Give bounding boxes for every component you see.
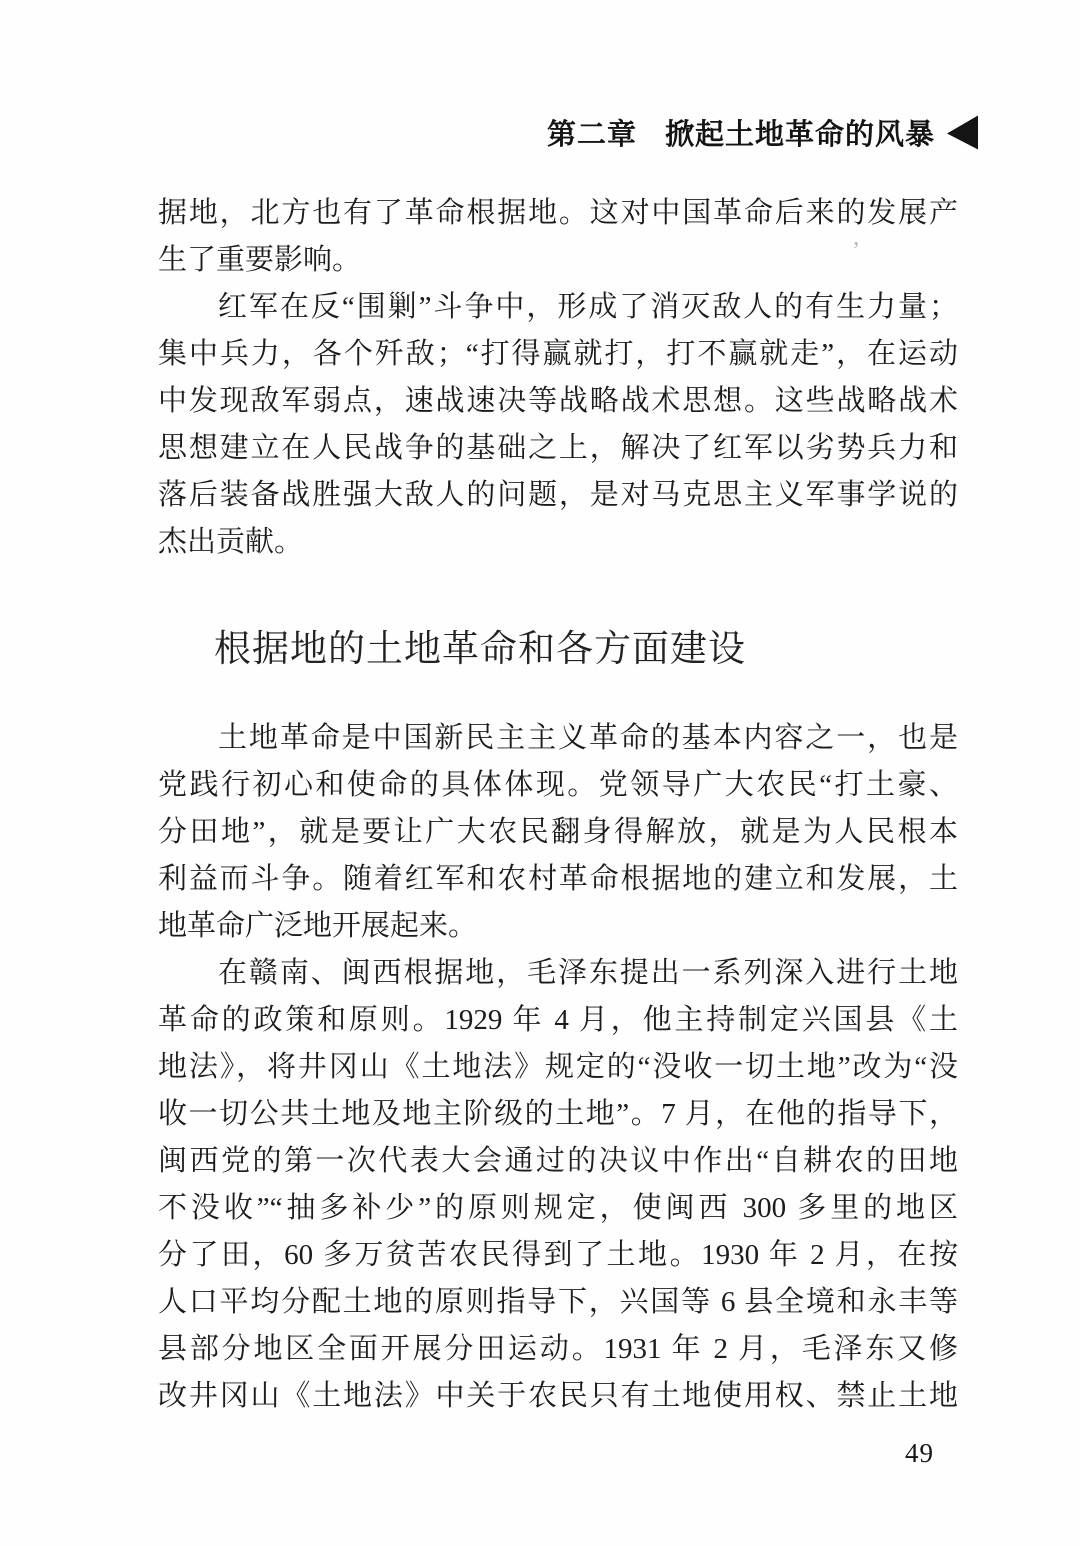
- section-heading: 根据地的土地革命和各方面建设: [214, 628, 958, 672]
- chapter-label: 第二章: [547, 112, 637, 153]
- text-line: 红军在反“围剿”斗争中，形成了消灭敌人的有生力量；: [158, 284, 958, 331]
- text-line: 改井冈山《土地法》中关于农民只有土地使用权、禁止土地: [158, 1373, 958, 1420]
- page-number: 49: [905, 1438, 934, 1469]
- text-line: 地法》，将井冈山《土地法》规定的“没收一切土地”改为“没: [158, 1044, 958, 1091]
- text-line: 闽西党的第一次代表大会通过的决议中作出“自耕农的田地: [158, 1138, 958, 1185]
- running-head: 第二章 掀起土地革命的风暴: [547, 112, 978, 153]
- chapter-title: 掀起土地革命的风暴: [665, 112, 935, 153]
- text-line: 县部分地区全面开展分田运动。1931 年 2 月，毛泽东又修: [158, 1326, 958, 1373]
- paragraph: 据地，北方也有了革命根据地。这对中国革命后来的发展产 生了重要影响。: [158, 190, 958, 284]
- text-line: 思想建立在人民战争的基础之上，解决了红军以劣势兵力和: [158, 425, 958, 472]
- text-line: 中发现敌军弱点，速战速决等战略战术思想。这些战略战术: [158, 378, 958, 425]
- text-line: 据地，北方也有了革命根据地。这对中国革命后来的发展产: [158, 190, 958, 237]
- text-line: 利益而斗争。随着红军和农村革命根据地的建立和发展，土: [158, 856, 958, 903]
- text-line: 革命的政策和原则。1929 年 4 月，他主持制定兴国县《土: [158, 997, 958, 1044]
- text-line: 落后装备战胜强大敌人的问题，是对马克思主义军事学说的: [158, 472, 958, 519]
- paragraph: 在赣南、闽西根据地，毛泽东提出一系列深入进行土地 革命的政策和原则。1929 年…: [158, 950, 958, 1420]
- text-line: 不没收”“抽多补少”的原则规定，使闽西 300 多里的地区: [158, 1185, 958, 1232]
- page-body: 据地，北方也有了革命根据地。这对中国革命后来的发展产 生了重要影响。 红军在反“…: [158, 190, 958, 1420]
- text-line: 集中兵力，各个歼敌；“打得赢就打，打不赢就走”，在运动: [158, 331, 958, 378]
- text-line: 分田地”，就是要让广大农民翻身得解放，就是为人民根本: [158, 809, 958, 856]
- text-line: 人口平均分配土地的原则指导下，兴国等 6 县全境和永丰等: [158, 1279, 958, 1326]
- book-page: 第二章 掀起土地革命的风暴 ’ 据地，北方也有了革命根据地。这对中国革命后来的发…: [0, 0, 1080, 1546]
- text-line: 生了重要影响。: [158, 237, 958, 284]
- text-line: 在赣南、闽西根据地，毛泽东提出一系列深入进行土地: [158, 950, 958, 997]
- text-line: 分了田，60 多万贫苦农民得到了土地。1930 年 2 月，在按: [158, 1232, 958, 1279]
- left-triangle-icon: [947, 115, 978, 150]
- paragraph: 土地革命是中国新民主主义革命的基本内容之一，也是 党践行初心和使命的具体体现。党…: [158, 715, 958, 950]
- text-line: 地革命广泛地开展起来。: [158, 903, 958, 950]
- text-line: 土地革命是中国新民主主义革命的基本内容之一，也是: [158, 715, 958, 762]
- text-line: 党践行初心和使命的具体体现。党领导广大农民“打土豪、: [158, 762, 958, 809]
- text-line: 收一切公共土地及地主阶级的土地”。7 月，在他的指导下，: [158, 1091, 958, 1138]
- text-line: 杰出贡献。: [158, 519, 958, 566]
- paragraph: 红军在反“围剿”斗争中，形成了消灭敌人的有生力量； 集中兵力，各个歼敌；“打得赢…: [158, 284, 958, 566]
